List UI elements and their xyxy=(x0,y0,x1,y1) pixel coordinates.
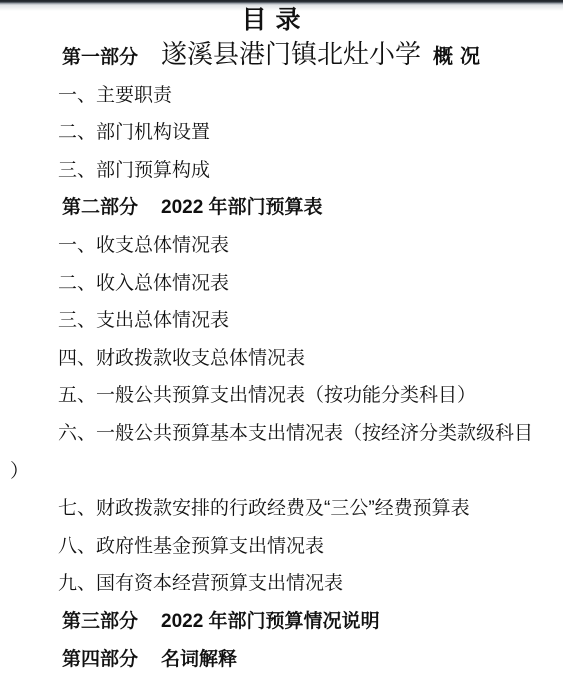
toc-item: 三、支出总体情况表 xyxy=(10,302,553,340)
toc-part-heading: 第三部分2022 年部门预算情况说明 xyxy=(10,603,553,641)
document-page: 目 录 第一部分遂溪县港门镇北灶小学概况一、主要职责二、部门机构设置三、部门预算… xyxy=(0,0,563,698)
table-of-contents: 第一部分遂溪县港门镇北灶小学概况一、主要职责二、部门机构设置三、部门预算构成第二… xyxy=(10,36,553,678)
toc-item: 二、收入总体情况表 xyxy=(10,265,553,303)
toc-item: 五、一般公共预算支出情况表（按功能分类科目） xyxy=(10,377,553,415)
toc-segment-part-title: 2022 年部门预算表 xyxy=(161,197,323,218)
toc-item: 七、财政拨款安排的行政经费及“三公”经费预算表 xyxy=(10,490,553,528)
toc-item: 四、财政拨款收支总体情况表 xyxy=(10,340,553,378)
toc-item: 六、一般公共预算基本支出情况表（按经济分类款级科目） xyxy=(10,415,541,490)
toc-item: 三、部门预算构成 xyxy=(10,152,553,190)
page-content: 目 录 第一部分遂溪县港门镇北灶小学概况一、主要职责二、部门机构设置三、部门预算… xyxy=(0,0,563,678)
document-title: 目 录 xyxy=(10,4,533,36)
toc-item: 一、收支总体情况表 xyxy=(10,227,553,265)
toc-item: 九、国有资本经营预算支出情况表 xyxy=(10,565,553,603)
toc-item: 八、政府性基金预算支出情况表 xyxy=(10,528,553,566)
toc-part-heading: 第四部分名词解释 xyxy=(10,641,553,679)
toc-segment-part-label: 第四部分 xyxy=(62,649,138,670)
toc-segment-part-label: 第二部分 xyxy=(62,197,138,218)
toc-segment-part-label: 第三部分 xyxy=(62,611,138,632)
toc-segment-part-label: 第一部分 xyxy=(62,47,138,68)
toc-part-heading: 第一部分遂溪县港门镇北灶小学概况 xyxy=(10,36,553,77)
toc-segment-org-name: 遂溪县港门镇北灶小学 xyxy=(161,39,421,69)
toc-segment-part-title: 名词解释 xyxy=(161,649,237,670)
toc-part-heading: 第二部分2022 年部门预算表 xyxy=(10,189,553,227)
toc-item: 二、部门机构设置 xyxy=(10,114,553,152)
toc-item: 一、主要职责 xyxy=(10,77,553,115)
toc-segment-part-title: 2022 年部门预算情况说明 xyxy=(161,611,380,632)
toc-segment-part-suffix: 概况 xyxy=(433,46,487,68)
